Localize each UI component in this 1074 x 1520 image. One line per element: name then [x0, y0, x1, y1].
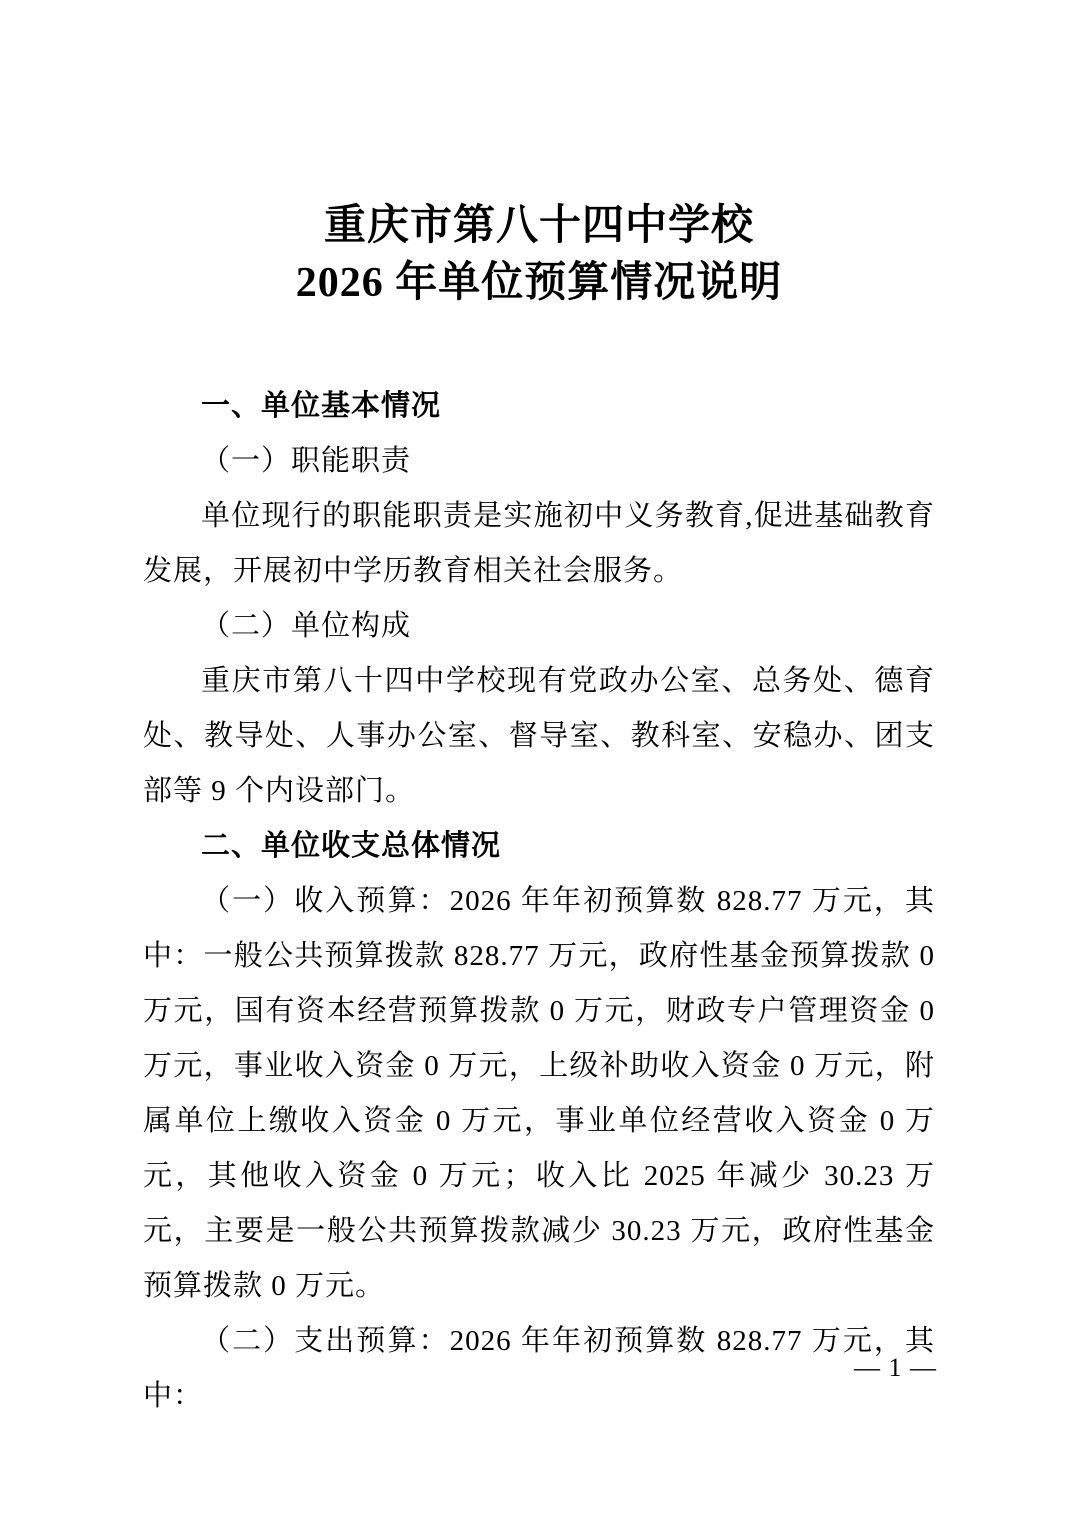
document-title: 重庆市第八十四中学校 2026 年单位预算情况说明: [143, 198, 935, 312]
document-page: 重庆市第八十四中学校 2026 年单位预算情况说明 一、单位基本情况（一）职能职…: [0, 0, 1074, 1520]
title-line-2: 2026 年单位预算情况说明: [143, 255, 935, 312]
paragraph: （一）收入预算：2026 年年初预算数 828.77 万元，其中：一般公共预算拨…: [143, 874, 935, 1314]
sub-heading: （一）职能职责: [143, 434, 935, 489]
sub-heading: （二）单位构成: [143, 599, 935, 654]
title-line-1: 重庆市第八十四中学校: [143, 198, 935, 255]
document-body: 一、单位基本情况（一）职能职责单位现行的职能职责是实施初中义务教育,促进基础教育…: [143, 379, 935, 1424]
section-heading: 一、单位基本情况: [143, 379, 935, 434]
page-number: — 1 —: [854, 1352, 937, 1384]
paragraph: 单位现行的职能职责是实施初中义务教育,促进基础教育发展，开展初中学历教育相关社会…: [143, 489, 935, 599]
paragraph: （二）支出预算：2026 年年初预算数 828.77 万元，其中：: [143, 1314, 935, 1424]
section-heading: 二、单位收支总体情况: [143, 819, 935, 874]
document-content: 重庆市第八十四中学校 2026 年单位预算情况说明 一、单位基本情况（一）职能职…: [143, 198, 935, 1424]
paragraph: 重庆市第八十四中学校现有党政办公室、总务处、德育处、教导处、人事办公室、督导室、…: [143, 654, 935, 819]
